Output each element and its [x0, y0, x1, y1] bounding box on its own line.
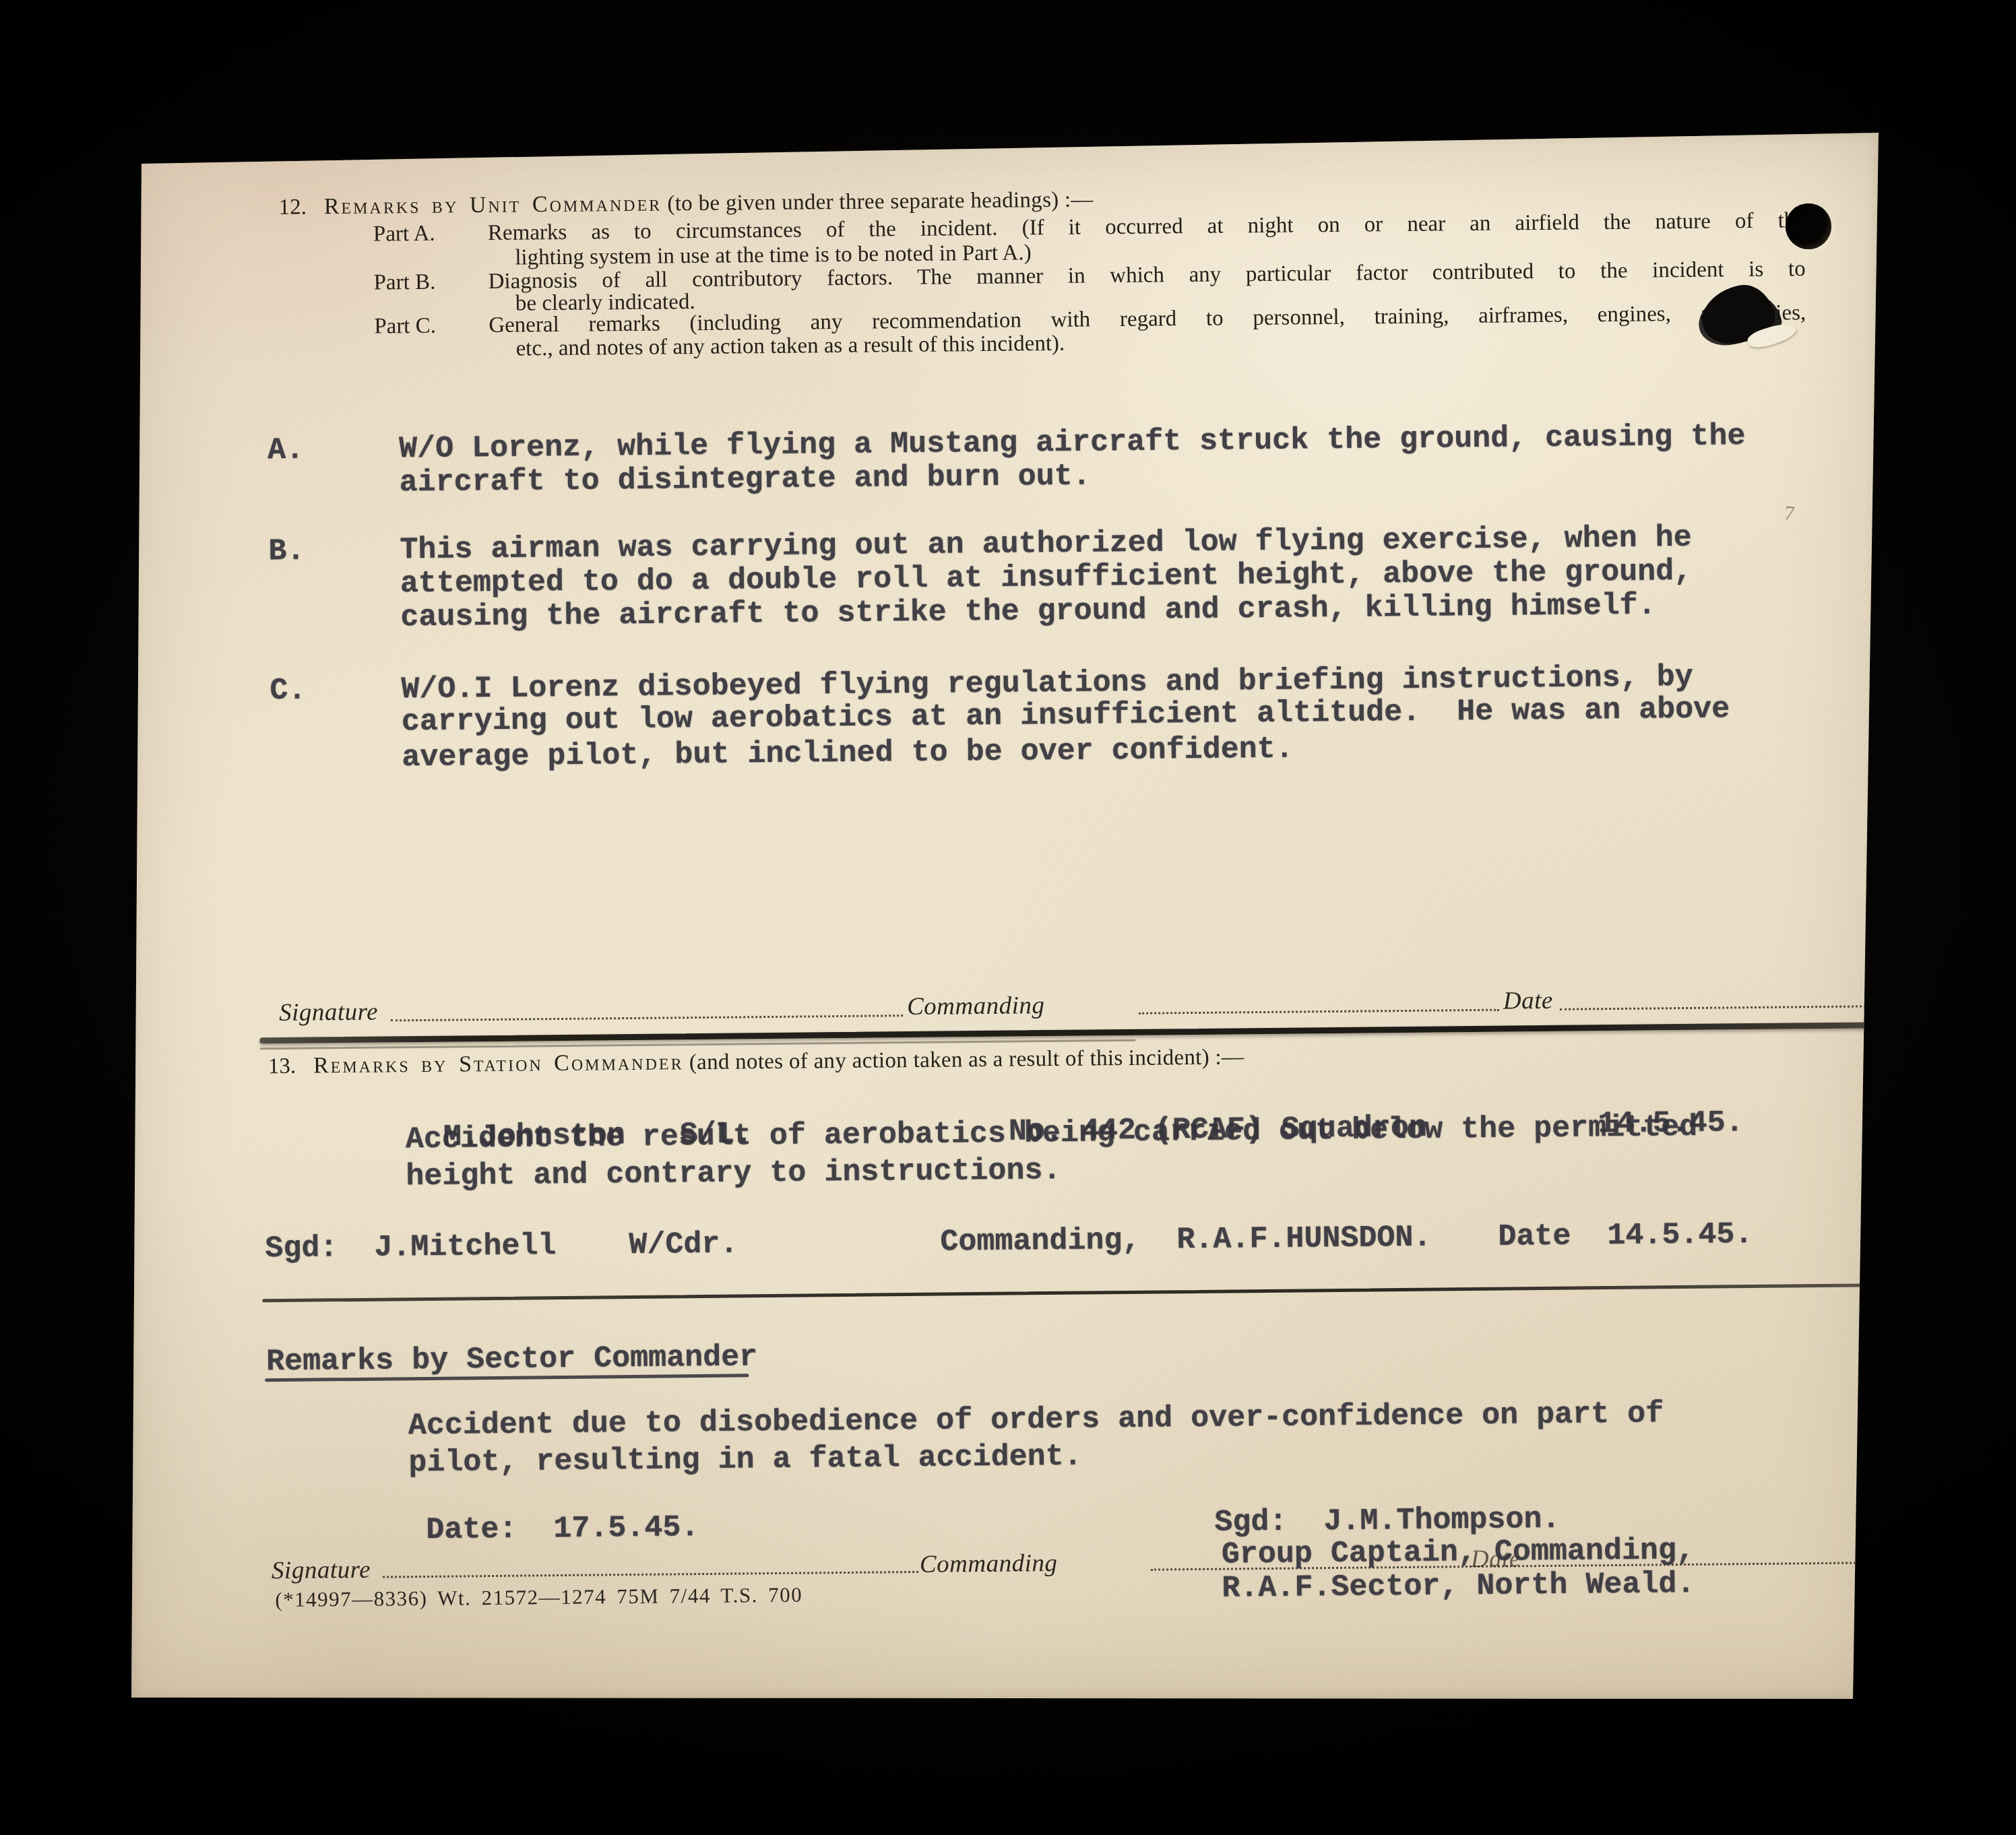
print-code: (*14997—8336) Wt. 21572—1274 75M 7/44 T.… — [275, 1584, 802, 1611]
section-13-heading: 13.Remarks by Station Commander (and not… — [268, 1043, 1245, 1080]
remark-c-label: C. — [270, 674, 306, 708]
section-12-note: (to be given under three separate headin… — [667, 187, 1094, 216]
paper: 12.Remarks by Unit Commander (to be give… — [131, 133, 1879, 1699]
station-sgd: Sgd: J.Mitchell W/Cdr. — [265, 1227, 738, 1265]
punch-hole — [1786, 203, 1831, 249]
bottom-commanding-label: Commanding — [920, 1551, 1058, 1577]
date-label: Date — [1503, 988, 1553, 1014]
station-date: Date 14.5.45. — [1498, 1218, 1753, 1254]
section-13-title: Remarks by Station Commander — [313, 1050, 684, 1078]
remark-a-line-2: aircraft to disintegrate and burn out. — [399, 459, 1091, 499]
commanding-label: Commanding — [907, 993, 1045, 1019]
bottom-signature-label: Signature — [272, 1557, 371, 1583]
remark-c-line-3: average pilot, but inclined to be over c… — [402, 733, 1294, 775]
signature-dotted-line — [391, 1015, 903, 1021]
pencil-mark: 7 — [1783, 502, 1796, 526]
part-b-label: Part B. — [373, 270, 435, 296]
remark-a-label: A. — [267, 434, 304, 468]
station-remark-line-2: height and contrary to instructions. — [406, 1154, 1061, 1194]
form-content: 12.Remarks by Unit Commander (to be give… — [123, 117, 1885, 1700]
scan-background: 12.Remarks by Unit Commander (to be give… — [0, 0, 2016, 1835]
sector-commanding-value-2: R.A.F.Sector, North Weald. — [1222, 1568, 1695, 1605]
part-c-line-2: etc., and notes of any action taken as a… — [515, 331, 1065, 362]
remark-b-label: B. — [268, 535, 305, 569]
sector-date: Date: 17.5.45. — [426, 1511, 699, 1547]
bottom-signature-dotted-line — [383, 1571, 918, 1578]
sector-remark-line-1: Accident due to disobedience of orders a… — [408, 1397, 1664, 1442]
signature-label: Signature — [279, 1000, 378, 1025]
section-13-number: 13. — [268, 1054, 296, 1079]
sector-heading: Remarks by Sector Commander — [266, 1341, 758, 1378]
station-commanding: Commanding, R.A.F.HUNSDON. — [940, 1221, 1432, 1259]
station-remark-line-1: Accident the result of aerobatics being … — [406, 1111, 1698, 1157]
station-divider-rule — [262, 1283, 1893, 1302]
section-12-title: Remarks by Unit Commander — [324, 191, 662, 220]
date-dotted-line — [1560, 1005, 1882, 1010]
sector-remark-line-2: pilot, resulting in a fatal accident. — [408, 1440, 1082, 1480]
section-12-number: 12. — [278, 195, 307, 220]
part-a-label: Part A. — [373, 222, 435, 248]
commanding-dotted-line — [1139, 1009, 1499, 1015]
sector-commanding-value-1: Group Captain, Commanding, — [1222, 1534, 1695, 1572]
section-13-note: (and notes of any action taken as a resu… — [689, 1045, 1245, 1074]
sector-sgd: Sgd: J.M.Thompson. — [1214, 1503, 1561, 1539]
part-c-label: Part C. — [374, 314, 436, 340]
